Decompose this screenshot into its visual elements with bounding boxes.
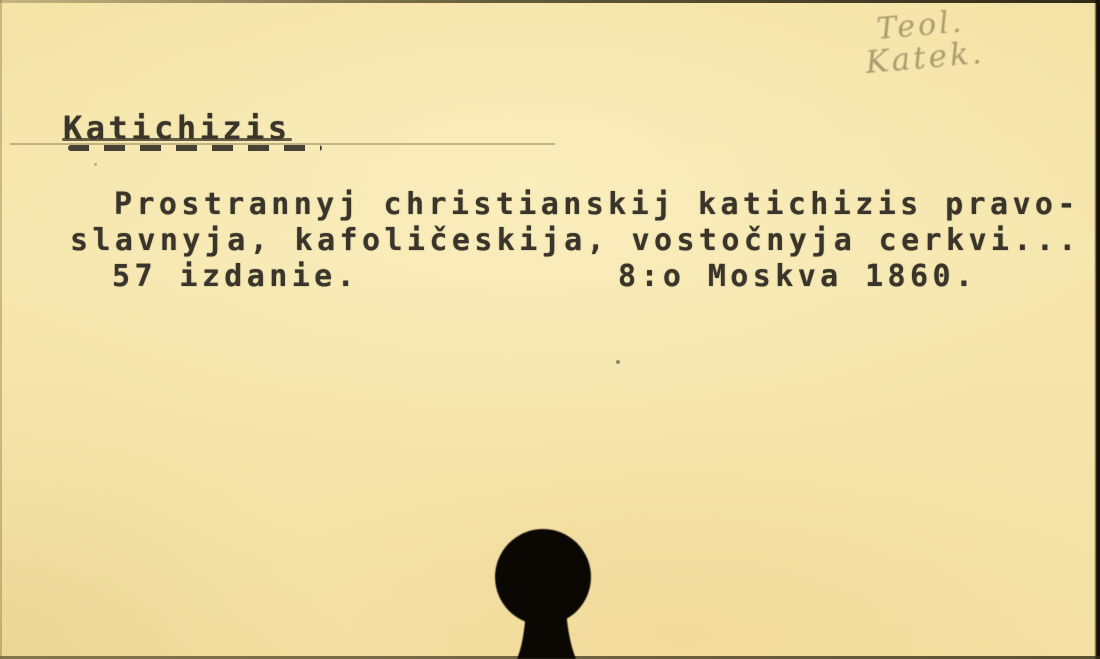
paper-speck	[616, 360, 620, 364]
card-edge-right	[1094, 0, 1100, 659]
title-underscore-line	[62, 138, 292, 141]
entry-line-1: Prostrannyj christianskij katichizis pra…	[114, 190, 1080, 220]
imprint-note: 8:o Moskva 1860.	[618, 262, 977, 292]
card-edge-top	[0, 0, 1100, 3]
entry-line-2: slavnyja, kafoličeskija, vostočnyja cerk…	[70, 226, 1081, 256]
paper-speck	[94, 163, 97, 166]
edition-note: 57 izdanie.	[112, 262, 359, 292]
keyhole-punch-icon	[0, 0, 1100, 659]
pencil-classification-note: Teol. Katek.	[859, 5, 985, 79]
pencil-note-line-2: Katek.	[864, 36, 985, 79]
card-edge-left	[0, 0, 2, 659]
typed-dash-underline	[68, 145, 322, 151]
catalog-card: Teol. Katek. Katichizis Prostrannyj chri…	[0, 0, 1100, 659]
